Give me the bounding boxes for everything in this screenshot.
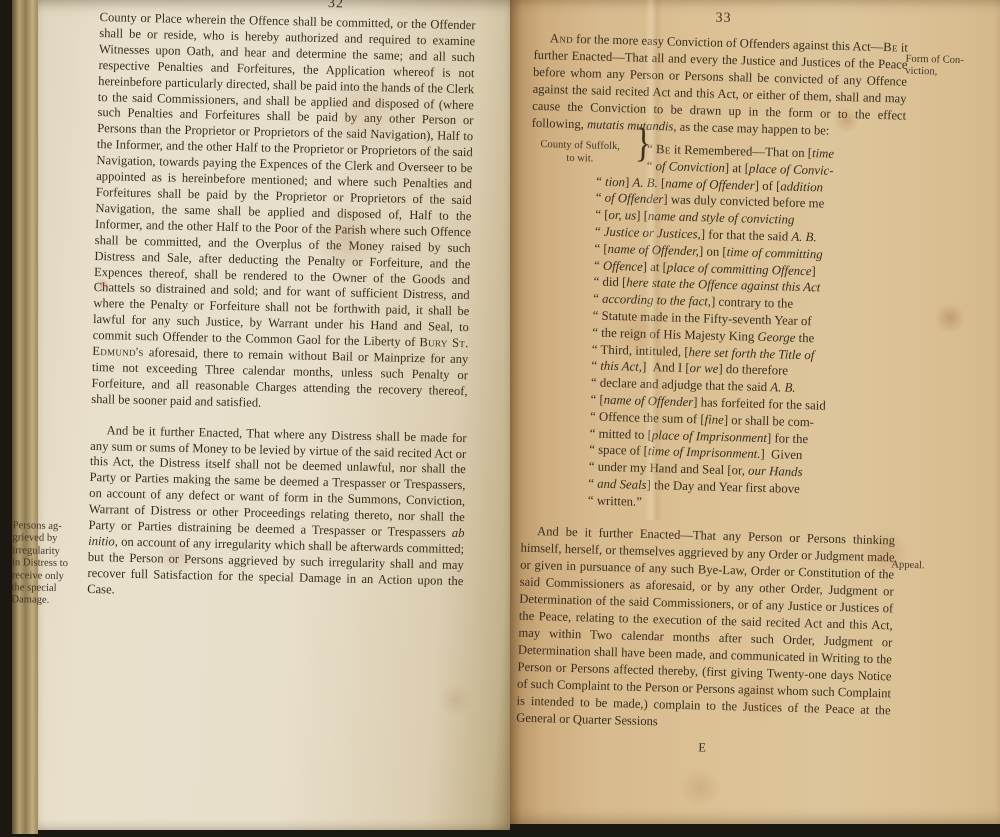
right-text-column: And for the more easy Conviction of Offe… <box>515 30 908 761</box>
county-of-suffolk-label: County of Suffolk, to wit. <box>522 139 639 167</box>
page-right-content: 33 Form of Con-viction, Appeal. And for … <box>488 0 999 836</box>
appeal-margin-note: Appeal. <box>891 559 971 573</box>
left-margin-note: Persons ag-grieved byirregularityin Dist… <box>11 520 105 608</box>
page-right: 33 Form of Con-viction, Appeal. And for … <box>510 0 1000 824</box>
left-paragraph-penalties: County or Place wherein the Offence shal… <box>91 10 476 416</box>
appeal-paragraph: And be it further Enacted—That any Perso… <box>516 522 895 736</box>
left-text-column: County or Place wherein the Offence shal… <box>87 10 476 606</box>
right-page-number: 33 <box>715 11 731 27</box>
left-paragraph-distress: And be it further Enacted, That where an… <box>87 423 467 606</box>
county-brace-glyph: } <box>635 134 651 156</box>
right-intro-paragraph: And for the more easy Conviction of Offe… <box>532 30 909 142</box>
page-left-content: 32 County or Place wherein the Offence s… <box>20 0 510 837</box>
left-page-number: 32 <box>328 0 344 12</box>
conviction-form-text: “ Be it Remembered—That on [time“ of Con… <box>588 140 906 517</box>
page-left: 32 County or Place wherein the Offence s… <box>38 0 510 830</box>
county-label-line2: to wit. <box>522 151 638 167</box>
signature-mark: E <box>515 734 889 761</box>
form-of-conviction-margin-note: Form of Con-viction, <box>905 54 994 81</box>
book-photo: 32 County or Place wherein the Offence s… <box>0 0 1000 837</box>
conviction-form-section: County of Suffolk, to wit. } “ Be it Rem… <box>522 138 906 517</box>
